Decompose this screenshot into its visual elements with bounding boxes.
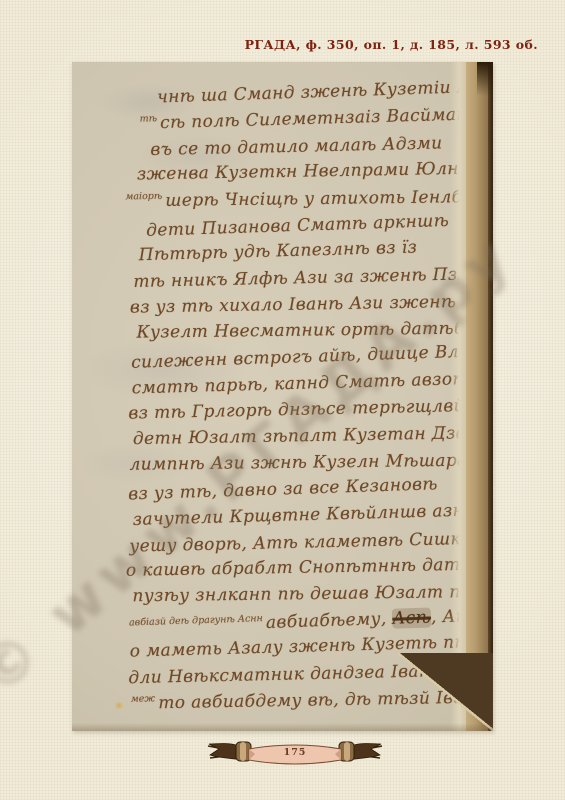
page-number: 175: [284, 747, 307, 758]
manuscript-lines: чнѣ ша Сманд зженѣ Кузетіи Юнатѣсѣ полѣ …: [95, 76, 481, 718]
scanned-page: РГАДА, ф. 350, оп. 1, д. 185, л. 593 об.…: [0, 0, 565, 800]
ribbon-graphic: 175: [205, 736, 385, 768]
page-edge-dark-line: [488, 62, 493, 731]
photo-bottom-shadow: [72, 723, 493, 731]
manuscript-photo: чнѣ ша Сманд зженѣ Кузетіи Юнатѣсѣ полѣ …: [72, 62, 493, 731]
interlinear-note: авбіазй деѣ драгунѣ Аснн: [129, 613, 263, 628]
paper-stain: [114, 702, 124, 709]
interlinear-note: тѣ: [140, 114, 158, 125]
torn-corner: [397, 653, 493, 731]
footer-ribbon: 175: [205, 736, 385, 768]
archival-reference: РГАДА, ф. 350, оп. 1, д. 185, л. 593 об.: [245, 37, 538, 52]
ribbon-right-roll-highlight: [344, 742, 350, 761]
interlinear-note: маіорѣ: [125, 190, 162, 201]
page-edge-highlight: [450, 62, 466, 731]
manuscript-line: зженва Кузеткн Нвелпрами Юлна: [137, 156, 469, 188]
crossed-out-word: Асѣ: [392, 607, 431, 628]
page-edge-band: [466, 62, 488, 731]
ribbon-left-roll-highlight: [240, 742, 246, 761]
binding-shadow: [477, 62, 493, 96]
interlinear-note: меж: [131, 693, 156, 704]
